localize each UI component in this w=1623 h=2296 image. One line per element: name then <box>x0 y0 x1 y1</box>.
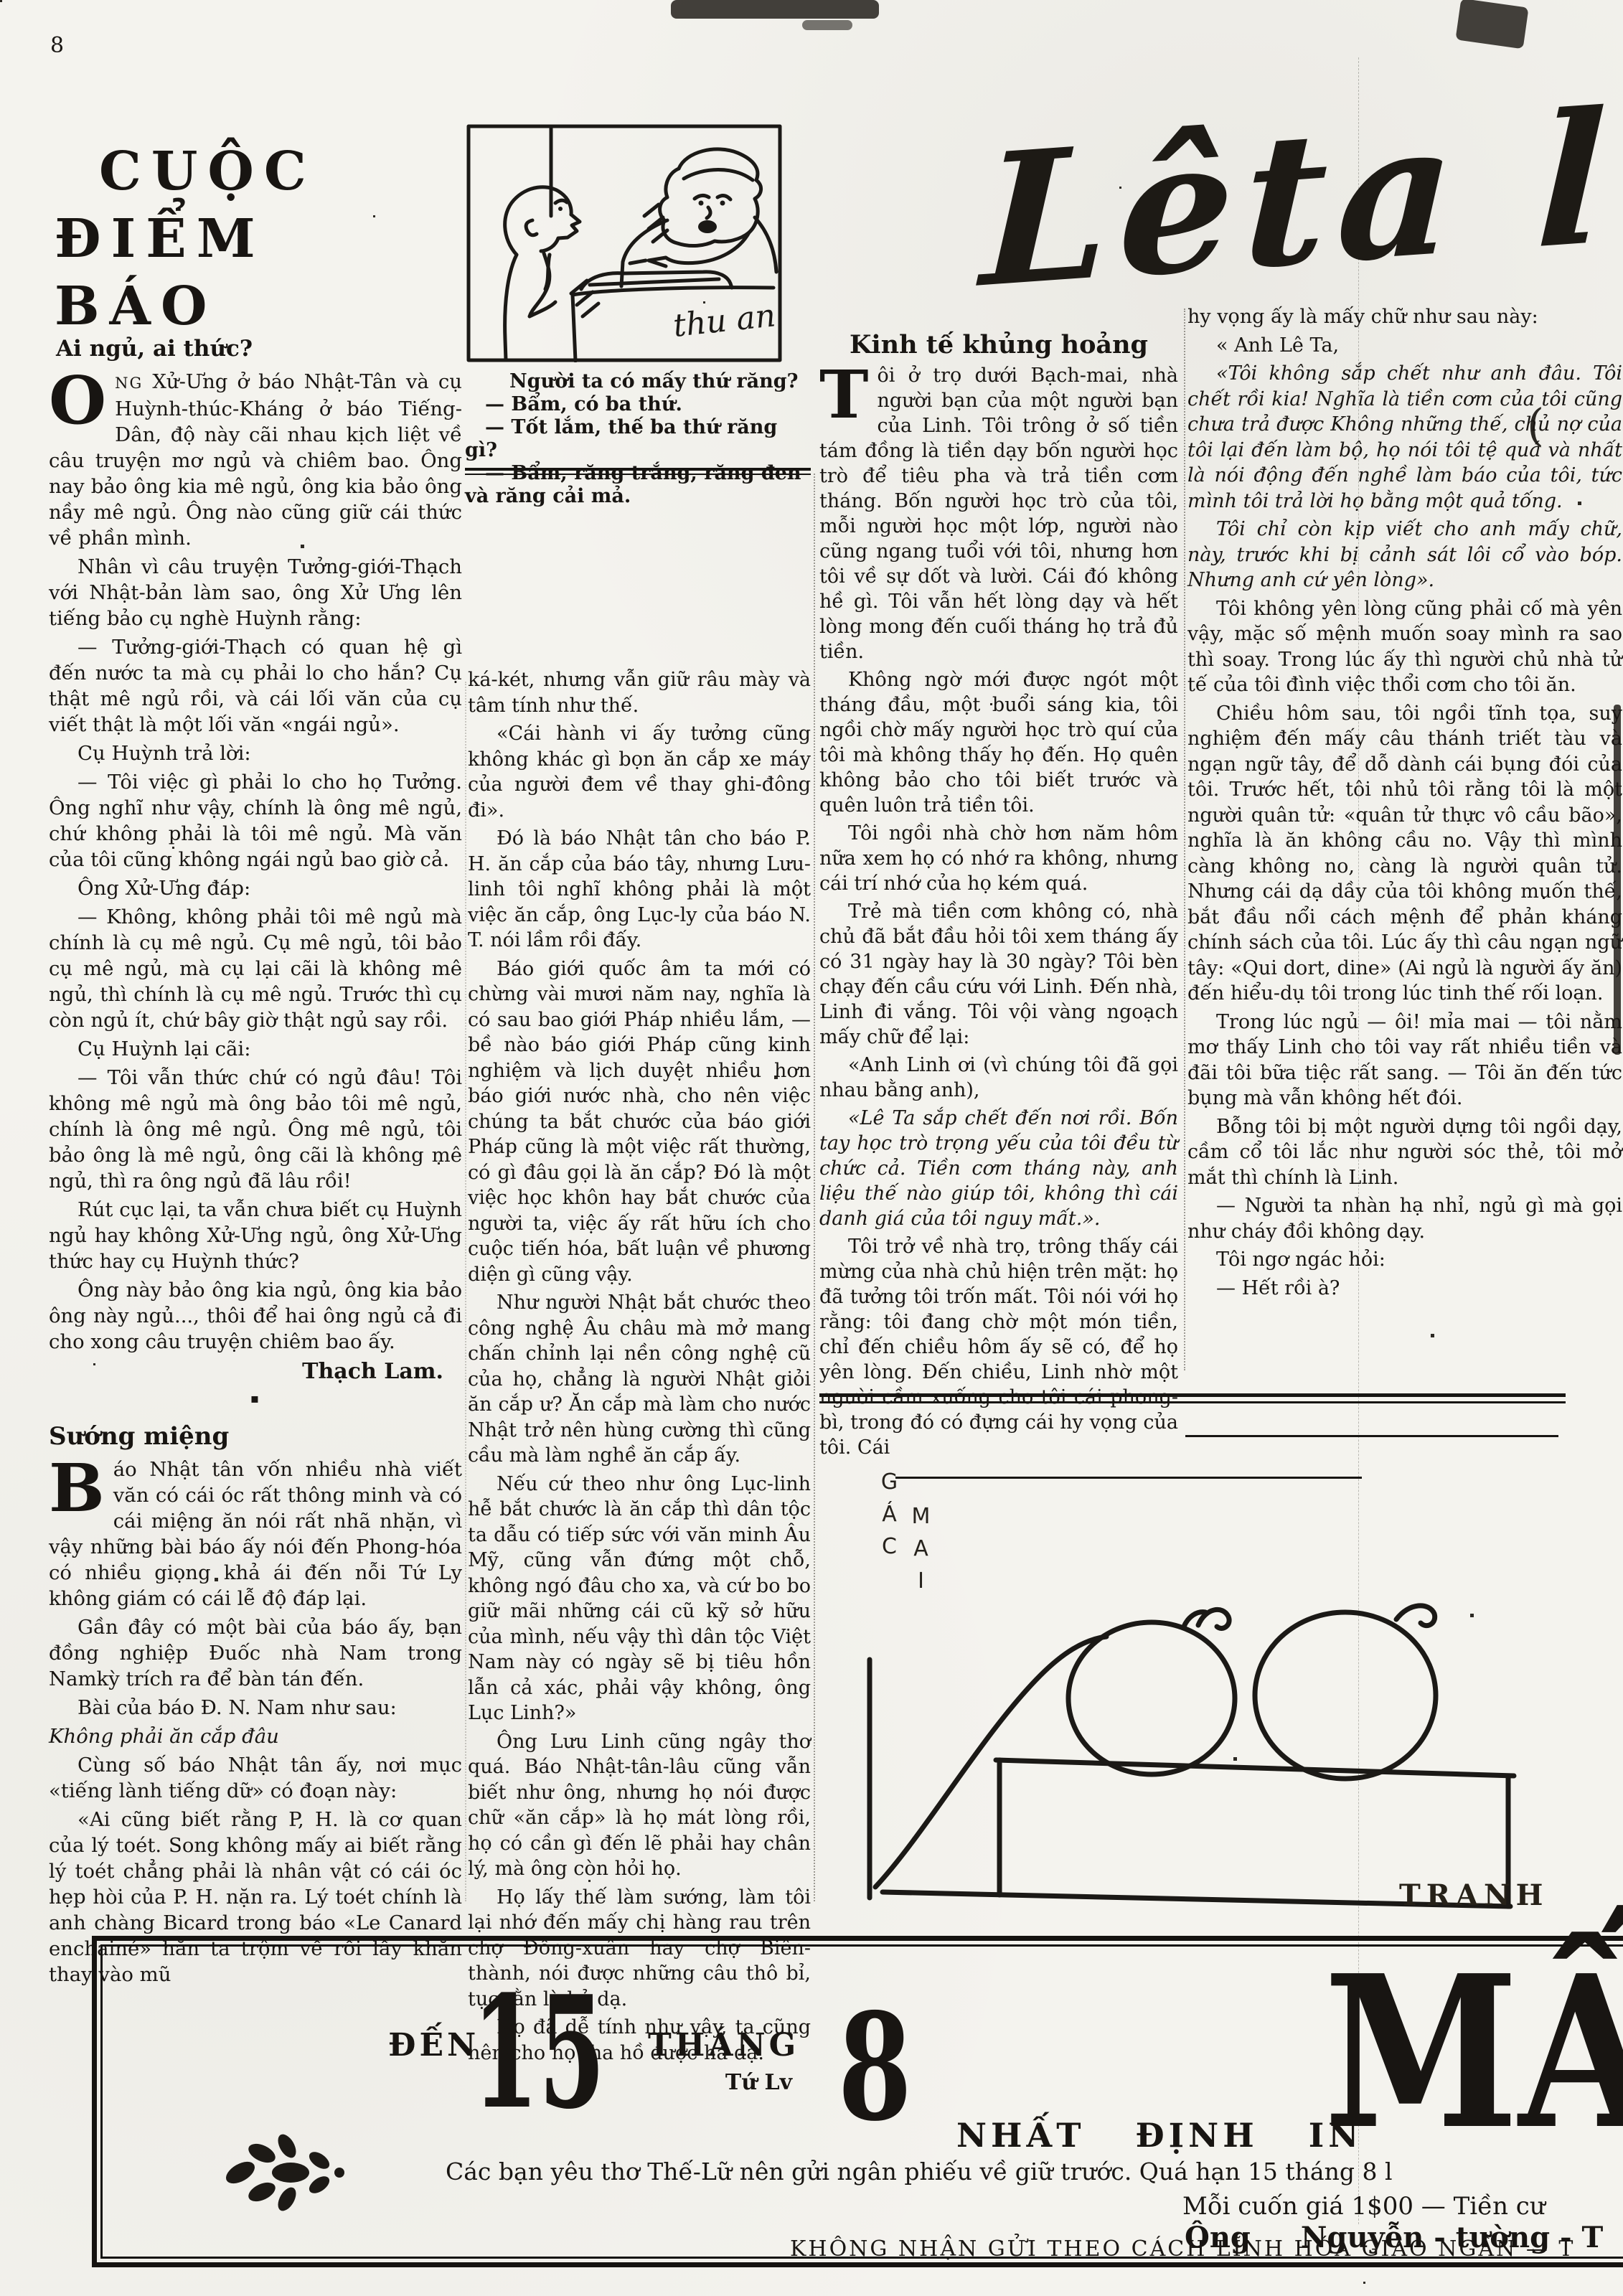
cartoon-illustration: thu an <box>466 124 782 362</box>
paragraph: « Anh Lê Ta, <box>1187 333 1622 359</box>
cartoon-signature: thu an <box>672 297 777 344</box>
horizontal-rule <box>895 1477 1362 1479</box>
lead-caps: NG <box>115 375 143 392</box>
banner-word-den: ĐẾN <box>388 2027 479 2064</box>
banner-warning-line: KHÔNG NHẬN GỬI THEO CÁCH LĨNH HÓA GIAO N… <box>790 2236 1575 2262</box>
paragraph-italic: «Tôi không sắp chết như anh đâu. Tôi chế… <box>1187 361 1622 514</box>
title-line: BÁO <box>55 273 316 340</box>
paragraph: Nếu cứ theo như ông Lục-linh hễ bắt chướ… <box>468 1472 811 1726</box>
banner-inner-frame: ĐẾN 15 THÁNG 8 NHẤT ĐỊNH IN MẤ Các bạn y… <box>100 1944 1623 2259</box>
column-4: hy vọng ấy là mấy chữ như sau này: « Anh… <box>1187 304 1622 1304</box>
horizontal-rule <box>465 474 811 475</box>
author-signature: Thạch Lam. <box>49 1359 462 1385</box>
sketch-credit: TRANH <box>1399 1878 1548 1912</box>
banner-phrase: NHẤT ĐỊNH IN <box>956 2116 1363 2155</box>
fleuron-ornament <box>219 2132 355 2214</box>
column-rule <box>1184 309 1185 1370</box>
paragraph: Tôi ngơ ngác hỏi: <box>1187 1247 1622 1273</box>
banner-word-thang: THÁNG <box>648 2027 799 2064</box>
paragraph: Tôi ở trọ dưới Bạch-mai, nhà người bạn c… <box>819 363 1178 664</box>
drop-cap: O <box>49 369 115 428</box>
paragraph: Ông Lưu Linh cũng ngây thơ quá. Báo Nhật… <box>468 1729 811 1882</box>
paragraph: «Anh Linh ơi (vì chúng tôi đã gọi nhau b… <box>819 1053 1178 1103</box>
title-line: ĐIỂM <box>55 205 316 273</box>
paragraph: Đó là báo Nhật tân cho báo P. H. ăn cắp … <box>468 826 811 954</box>
horizontal-rule <box>1185 1435 1558 1437</box>
paragraph: Không ngờ mới được ngót một tháng đầu, m… <box>819 667 1178 818</box>
column-3: Tôi ở trọ dưới Bạch-mai, nhà người bạn c… <box>819 363 1178 1463</box>
section-divider-glyph: ▪ <box>49 1386 462 1412</box>
banner-notice-line: Các bạn yêu thơ Thế-Lữ nên gửi ngân phiế… <box>446 2158 1393 2186</box>
paragraph: Ông Xử-Ưng đáp: <box>49 875 462 901</box>
banner-price-line: Mỗi cuốn giá 1$00 — Tiền cư <box>1182 2192 1546 2221</box>
column-1: ONG Xử-Ưng ở báo Nhật-Tân và cụ Huỳnh-th… <box>49 369 462 1990</box>
scan-smudge <box>671 0 879 19</box>
paragraph: Chiều hôm sau, tôi ngồi tĩnh tọa, suy ng… <box>1187 701 1622 1007</box>
paragraph: Trong lúc ngủ — ôi! mỉa mai — tôi nằm mơ… <box>1187 1010 1622 1111</box>
paragraph: Tôi ngồi nhà chờ hơn năm hôm nữa xem họ … <box>819 821 1178 896</box>
page-number: 8 <box>50 33 64 58</box>
banner-book-title-cut: MẤ <box>1324 1957 1623 2149</box>
horizontal-rule <box>465 468 811 471</box>
feuilleton-logo-le-ta: Lêta l <box>979 69 1619 329</box>
banner-number-15: 15 <box>472 1981 606 2125</box>
caption-line: Người ta có mấy thứ răng? <box>465 370 811 393</box>
drop-cap: B <box>49 1457 113 1515</box>
paragraph: Tôi không yên lòng cũng phải cố mà yên v… <box>1187 596 1622 698</box>
column-2: ká-két, nhưng vẫn giữ râu mày và tâm tín… <box>468 667 811 2097</box>
newspaper-page: 8 CUỘC ĐIỂM BÁO Ai ngủ, ai thức? ONG Xử-… <box>0 0 1623 2296</box>
still-life-sketch <box>825 1496 1535 1912</box>
paragraph: Nhân vì câu truyện Tưởng-giới-Thạch với … <box>49 554 462 631</box>
horizontal-rule <box>819 1393 1566 1397</box>
paragraph: — Hết rồi à? <box>1187 1276 1622 1302</box>
scan-smudge <box>802 20 852 30</box>
paragraph: Tôi trở về nhà trọ, trông thấy cái mừng … <box>819 1234 1178 1460</box>
paragraph-italic: «Lê Ta sắp chết đến nơi rồi. Bốn tay học… <box>819 1106 1178 1231</box>
paragraph-italic: Tôi chỉ còn kịp viết cho anh mấy chữ, nà… <box>1187 517 1622 593</box>
paragraph: — Người ta nhàn hạ nhỉ, ngủ gì mà gọi nh… <box>1187 1193 1622 1244</box>
section-heading: Sướng miệng <box>49 1424 462 1449</box>
column-rule <box>814 474 815 1901</box>
paragraph: Trẻ mà tiền cơm không có, nhà chủ đã bắt… <box>819 899 1178 1050</box>
article-subtitle: Ai ngủ, ai thức? <box>56 336 253 362</box>
scan-smudge <box>1455 0 1528 49</box>
cartoon-caption: Người ta có mấy thứ răng? — Bẩm, có ba t… <box>465 370 811 508</box>
paragraph-italic: Không phải ăn cắp đâu <box>49 1723 462 1749</box>
paragraph: «Cái hành vi ấy tưởng cũng không khác gì… <box>468 721 811 823</box>
paragraph: — Tôi vẫn thức chứ có ngủ đâu! Tôi không… <box>49 1065 462 1194</box>
section-title-cuoc-diem-bao: CUỘC ĐIỂM BÁO <box>55 138 316 340</box>
paragraph: Gần đây có một bài của báo ấy, bạn đồng … <box>49 1614 462 1692</box>
paragraph: hy vọng ấy là mấy chữ như sau này: <box>1187 304 1622 330</box>
paragraph: Cụ Huỳnh lại cãi: <box>49 1036 462 1062</box>
scan-specks <box>0 0 2 2</box>
drop-cap: T <box>819 363 877 422</box>
paragraph: Báo Nhật tân vốn nhiều nhà viết văn có c… <box>49 1457 462 1612</box>
title-line: CUỘC <box>99 138 316 205</box>
banner-number-8: 8 <box>838 1998 912 2138</box>
caption-line: — Tốt lắm, thế ba thứ răng gì? <box>465 416 811 462</box>
paragraph: Bỗng tôi bị một người dựng tôi ngồi dạy,… <box>1187 1114 1622 1191</box>
advertisement-banner: ĐẾN 15 THÁNG 8 NHẤT ĐỊNH IN MẤ Các bạn y… <box>92 1936 1623 2267</box>
paragraph: Bài của báo Đ. N. Nam như sau: <box>49 1695 462 1721</box>
paragraph: ONG Xử-Ưng ở báo Nhật-Tân và cụ Huỳnh-th… <box>49 369 462 551</box>
paragraph: Rút cục lại, ta vẫn chưa biết cụ Huỳnh n… <box>49 1197 462 1274</box>
paragraph: — Tôi việc gì phải lo cho họ Tưởng. Ông … <box>49 769 462 872</box>
paragraph: Cùng số báo Nhật tân ấy, nơi mục «tiếng … <box>49 1752 462 1804</box>
caption-line: — Bẩm, có ba thứ. <box>465 393 811 416</box>
paragraph: Báo giới quốc âm ta mới có chừng vài mươ… <box>468 956 811 1288</box>
story-heading: Kinh tế khủng hoảng <box>819 330 1178 359</box>
paragraph: — Tưởng-giới-Thạch có quan hệ gì đến nướ… <box>49 634 462 738</box>
paragraph: Cụ Huỳnh trả lời: <box>49 740 462 766</box>
paragraph: Ông này bảo ông kia ngủ, ông kia bảo ông… <box>49 1277 462 1355</box>
horizontal-rule <box>819 1401 1566 1403</box>
paragraph: ká-két, nhưng vẫn giữ râu mày và tâm tín… <box>468 667 811 718</box>
paragraph: — Không, không phải tôi mê ngủ mà chính … <box>49 904 462 1033</box>
column-rule <box>465 682 466 1901</box>
paragraph: Như người Nhật bắt chước theo công nghệ … <box>468 1290 811 1469</box>
